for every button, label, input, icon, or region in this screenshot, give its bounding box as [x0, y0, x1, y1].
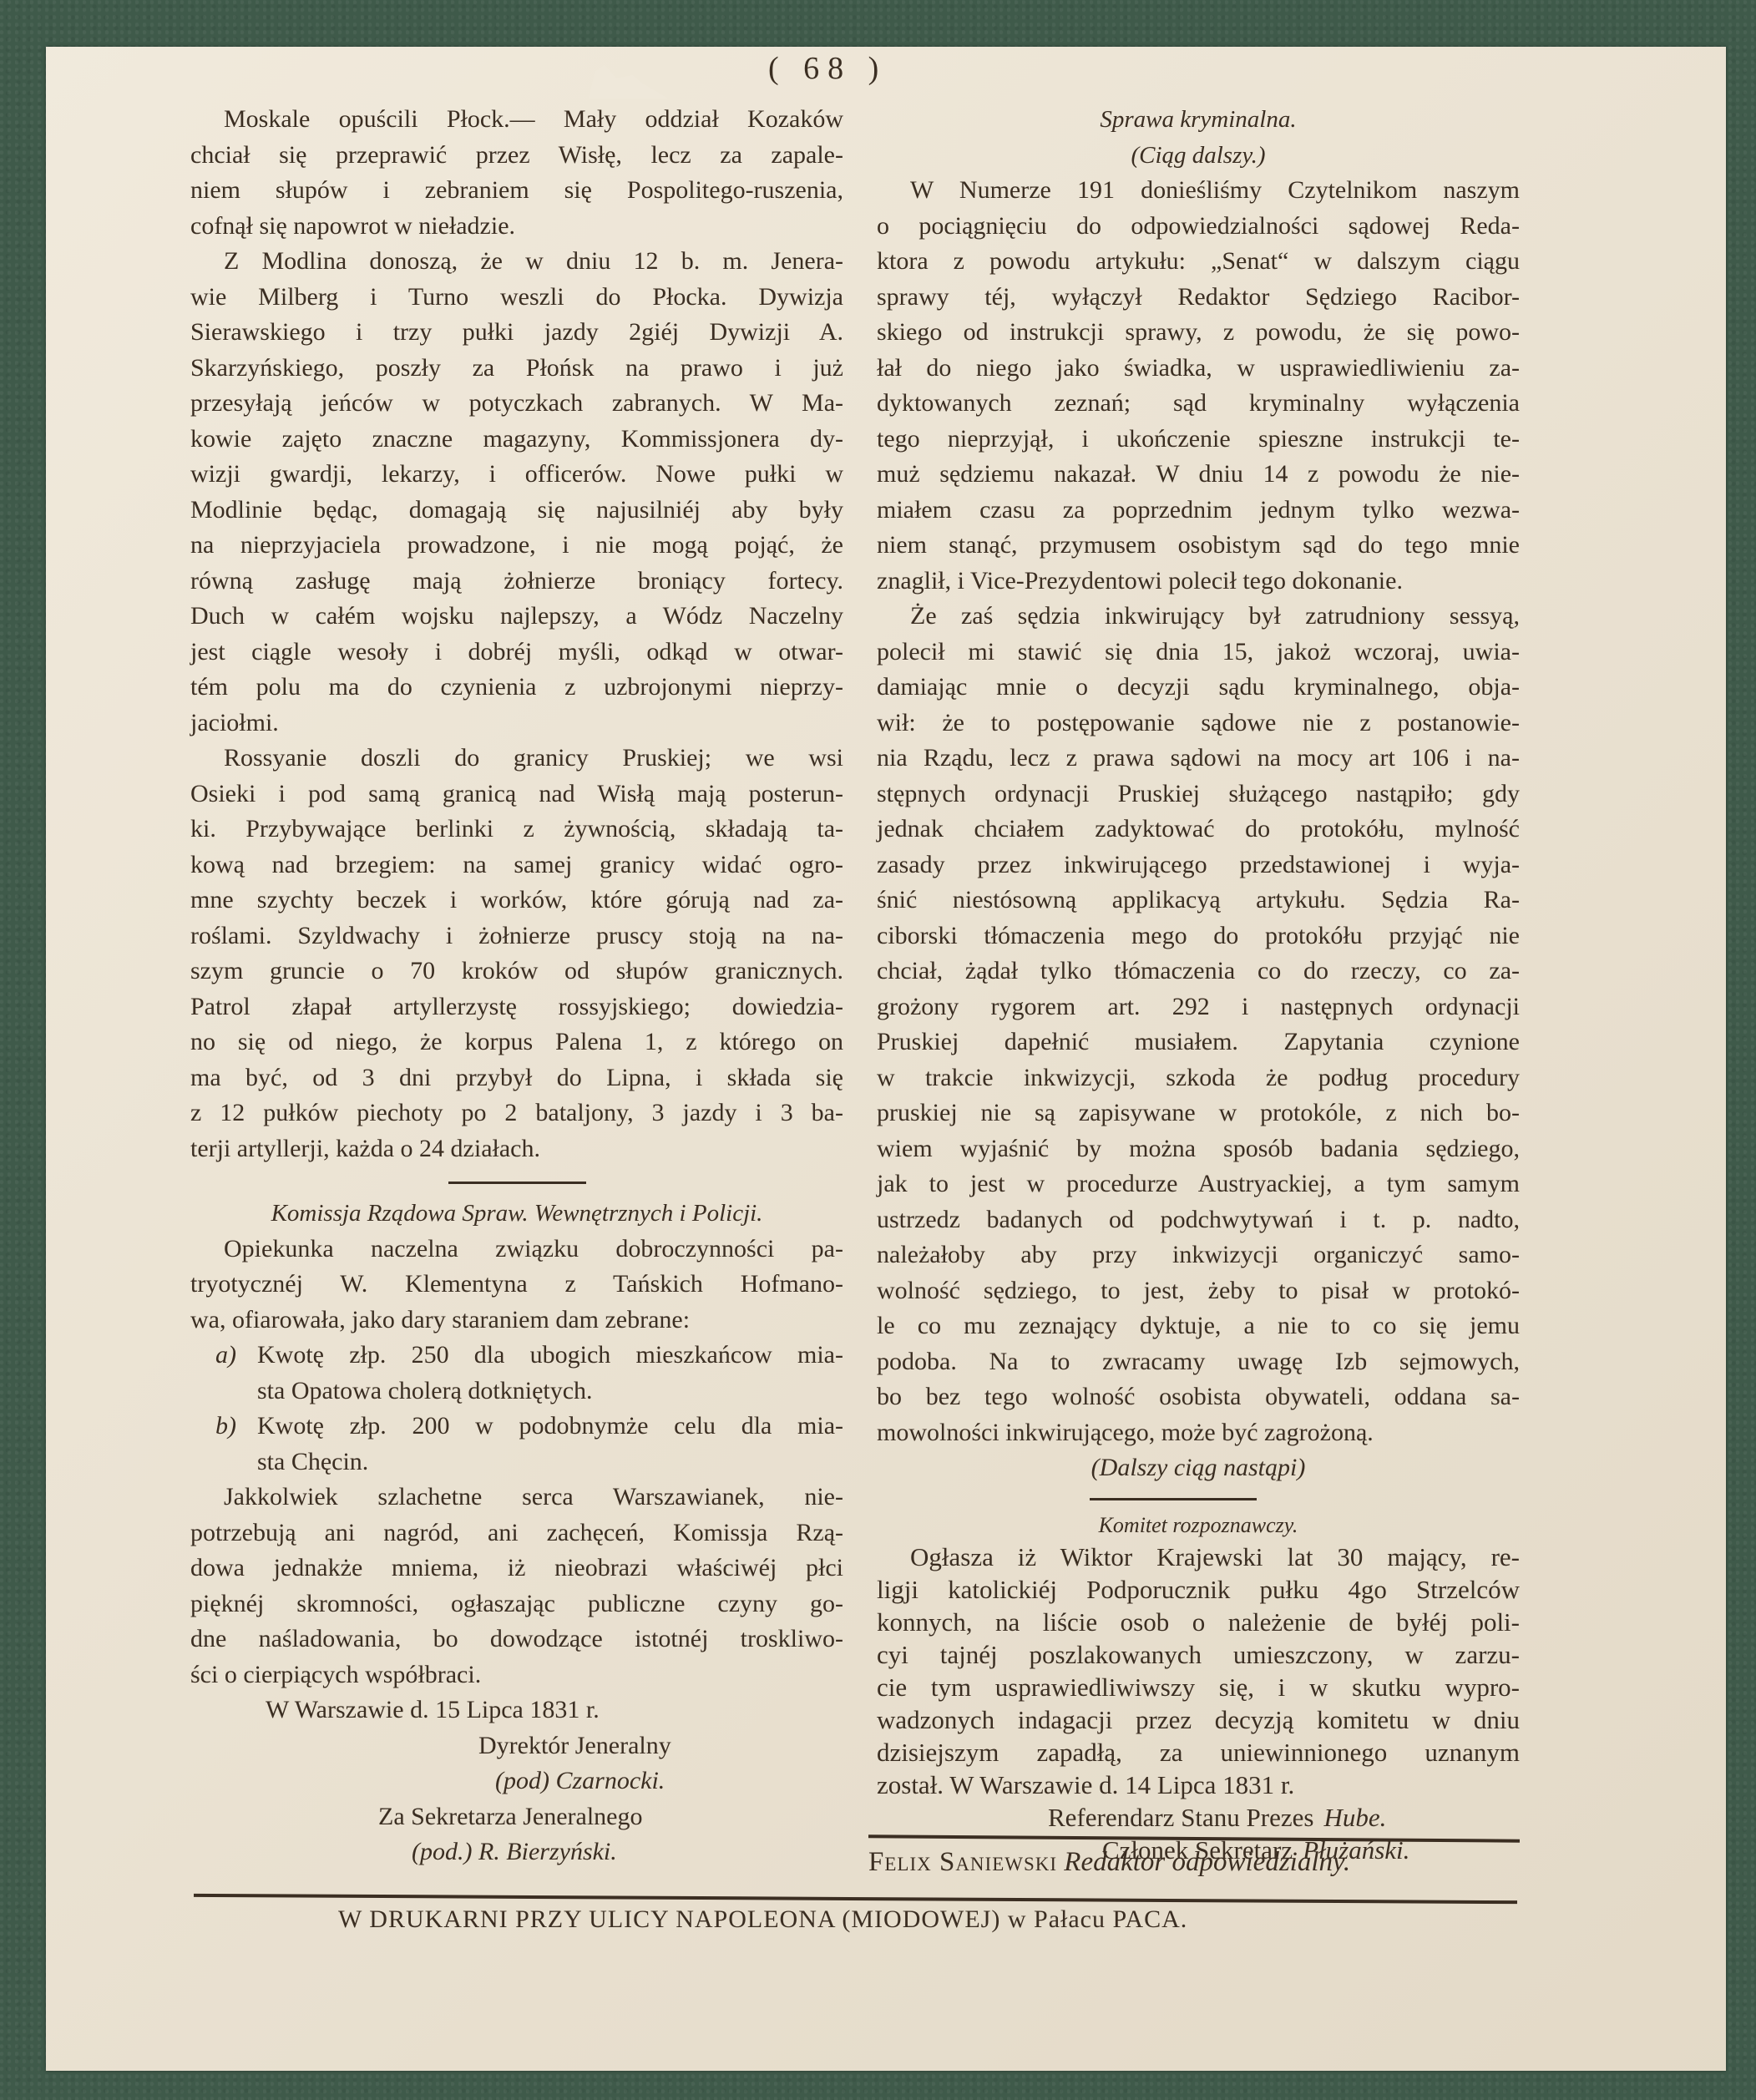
signature-line: (pod.) R. Bierzyński.	[190, 1834, 843, 1870]
paragraph-numerze: W Numerze 191 donieśliśmy Czytelnikom na…	[877, 173, 1520, 599]
text-line: ligji katolickiéj Podporucznik pułku 4go…	[877, 1573, 1520, 1606]
list-marker: a)	[215, 1338, 257, 1374]
text-line: jak to jest w procedurze Austryackiej, a…	[877, 1166, 1520, 1202]
text-line: pruskiej nie są zapisywane w protokóle, …	[877, 1096, 1520, 1131]
text-line: Z Modlina donoszą, że w dniu 12 b. m. Je…	[190, 244, 843, 280]
text-line: Modlinie będąc, domagają się najusilniéj…	[190, 493, 843, 529]
text-line: Rossyanie doszli do granicy Pruskiej; we…	[190, 741, 843, 777]
notice-body: Ogłasza iż Wiktor Krajewski lat 30 mając…	[877, 1541, 1520, 1801]
text-line: wa, ofiarowała, jako dary staraniem dam …	[190, 1303, 843, 1338]
text-line: Patrol złapał artyllerzystę rossyjskiego…	[190, 989, 843, 1025]
text-line: o pociągnięciu do odpowiedzialności sądo…	[877, 209, 1520, 245]
paragraph-opiekunka: Opiekunka naczelna związku dobroczynnośc…	[190, 1232, 843, 1338]
text-line: dyktowanych zeznań; sąd kryminalny wyłąc…	[877, 386, 1520, 422]
text-line: kowie zajęto znaczne magazyny, Kommissjo…	[190, 422, 843, 458]
section-heading: Komissja Rządowa Spraw. Wewnętrznych i P…	[190, 1196, 843, 1232]
article-title: Sprawa kryminalna.	[877, 102, 1520, 138]
text-line: terji artyllerji, każda o 24 działach.	[190, 1131, 843, 1167]
text-line: chciał się przeprawić przez Wisłę, lecz …	[190, 138, 843, 174]
text-line: nia Rządu, lecz z prawa sądowi na mocy a…	[877, 741, 1520, 777]
text-line: tryotycznéj W. Klementyna z Tańskich Hof…	[190, 1267, 843, 1303]
donation-list: a)Kwotę złp. 250 dla ubogich mieszkańcow…	[190, 1338, 843, 1480]
text-line: wiem wyjaśnić by można sposób badania sę…	[877, 1131, 1520, 1167]
text-line: wolność sędziego, to jest, żeby to pisał…	[877, 1273, 1520, 1309]
text-line: Ogłasza iż Wiktor Krajewski lat 30 mając…	[877, 1541, 1520, 1573]
signature-block: Dyrektór Jeneralny(pod) Czarnocki.Za Sek…	[190, 1728, 843, 1870]
text-line: równą zasługę mają żołnierze broniący fo…	[190, 564, 843, 600]
page-number: ( 68 )	[768, 50, 887, 87]
text-line: ciborski tłómaczenia mego do protokółu p…	[877, 918, 1520, 954]
text-line: niem stanąć, przymusem osobistym sąd do …	[877, 528, 1520, 564]
signature-line: Za Sekretarza Jeneralnego	[190, 1799, 843, 1835]
paragraph-moskale: Moskale opuścili Płock.— Mały oddział Ko…	[190, 102, 843, 244]
text-line: wie Milberg i Turno weszli do Płocka. Dy…	[190, 280, 843, 316]
text-line: mowolności inkwirującego, może być zagro…	[877, 1415, 1520, 1451]
signature-line: Dyrektór Jeneralny	[190, 1728, 843, 1764]
torn-paper-tab	[589, 65, 668, 99]
text-line: wizji gwardji, lekarzy, i officerów. Now…	[190, 457, 843, 493]
text-line: ktora z powodu artykułu: „Senat“ w dalsz…	[877, 244, 1520, 280]
text-line: polecił mi stawić się dnia 15, jakoż wcz…	[877, 635, 1520, 670]
text-line: jaciołmi.	[190, 706, 843, 741]
text-line: z 12 pułków piechoty po 2 bataljony, 3 j…	[190, 1096, 843, 1131]
printer-imprint: W DRUKARNI PRZY ULICY NAPOLEONA (MIODOWE…	[338, 1905, 1187, 1934]
text-line: Osieki i pod samą granicą nad Wisłą mają…	[190, 777, 843, 812]
text-line: konnych, na liście osob o należenie de b…	[877, 1606, 1520, 1638]
text-line: muż sędziemu nakazał. W dniu 14 z powodu…	[877, 457, 1520, 493]
text-line: na nieprzyjaciela prowadzone, i nie mogą…	[190, 528, 843, 564]
text-line: dowa jednakże mniema, iż nieobrazi właśc…	[190, 1551, 843, 1586]
text-line: zasady przez inkwirującego przedstawione…	[877, 848, 1520, 883]
text-line: roślami. Szyldwachy i żołnierze pruscy s…	[190, 918, 843, 954]
text-line: wił: że to postępowanie sądowe nie z pos…	[877, 706, 1520, 741]
text-line: Opiekunka naczelna związku dobroczynnośc…	[190, 1232, 843, 1268]
text-line: cyi tajnéj poszlakowanych umieszczony, w…	[877, 1638, 1520, 1671]
text-line: ma być, od 3 dni przybył do Lipna, i skł…	[190, 1060, 843, 1096]
text-line: Pruskiej dapełnić musiałem. Zapytania cz…	[877, 1025, 1520, 1060]
text-line: W Numerze 191 donieśliśmy Czytelnikom na…	[877, 173, 1520, 209]
text-line: dzisiejszym zapadłą, za uniewinnionego u…	[877, 1736, 1520, 1769]
text-line: należałoby aby przy inkwizycji organiczy…	[877, 1237, 1520, 1273]
section-divider	[1090, 1498, 1257, 1500]
text-line: wadzonych indagacji przez decyzją komite…	[877, 1703, 1520, 1736]
text-line: tego nieprzyjął, i ukończenie spieszne i…	[877, 422, 1520, 458]
text-line: cofnął się napowrot w nieładzie.	[190, 209, 843, 245]
paragraph-rossyanie: Rossyanie doszli do granicy Pruskiej; we…	[190, 741, 843, 1166]
signature-name: Hube.	[1323, 1803, 1386, 1832]
signature-line: (pod) Czarnocki.	[190, 1763, 843, 1799]
text-line: le co mu zeznający dyktuje, a nie to co …	[877, 1308, 1520, 1344]
text-line: śnić niestósowną applikacyą artykułu. Sę…	[877, 883, 1520, 918]
text-line: szym gruncie o 70 kroków od słupów grani…	[190, 954, 843, 989]
text-line: jednak chciałem zadyktować do protokółu,…	[877, 812, 1520, 848]
text-line: stępnych ordynacji Pruskiej służącego na…	[877, 777, 1520, 812]
text-line: przesyłają jeńców w potyczkach zabranych…	[190, 386, 843, 422]
text-line: Moskale opuścili Płock.— Mały oddział Ko…	[190, 102, 843, 138]
text-line: sprawy téj, wyłączył Redaktor Sędziego R…	[877, 280, 1520, 316]
text-line: znaglił, i Vice-Prezydentowi polecił teg…	[877, 564, 1520, 600]
text-line: dne naśladowania, bo dowodzące istotnéj …	[190, 1622, 843, 1657]
list-marker: b)	[215, 1409, 257, 1445]
text-line: Jakkolwiek szlachetne serca Warszawianek…	[190, 1480, 843, 1516]
paragraph-modlin: Z Modlina donoszą, że w dniu 12 b. m. Je…	[190, 244, 843, 741]
text-line: kową nad brzegiem: na samej granicy wida…	[190, 848, 843, 883]
list-item-line: a)Kwotę złp. 250 dla ubogich mieszkańcow…	[190, 1338, 843, 1374]
list-text: Kwotę złp. 200 w podobnymże celu dla mia…	[257, 1412, 843, 1440]
list-item-line: sta Opatowa cholerą dotkniętych.	[190, 1374, 843, 1409]
right-column: Sprawa kryminalna. (Ciąg dalszy.) W Nume…	[877, 102, 1520, 1866]
text-line: bo bez tego wolność osobista obywateli, …	[877, 1379, 1520, 1415]
editor-name: Felix Saniewski	[868, 1847, 1057, 1877]
section-divider	[448, 1182, 586, 1184]
text-line: chciał, żądał tylko tłómaczenia co do rz…	[877, 954, 1520, 989]
text-line: jest ciągle wesoły i dobréj myśli, odkąd…	[190, 635, 843, 670]
text-line: potrzebują ani nagród, ani zachęceń, Kom…	[190, 1516, 843, 1551]
text-line: tém polu ma do czynienia z uzbrojonymi n…	[190, 670, 843, 706]
text-line: miałem czasu za poprzednim jednym tylko …	[877, 493, 1520, 529]
notice-heading: Komitet rozpoznawczy.	[877, 1510, 1520, 1541]
text-line: niem słupów i zebraniem się Pospolitego-…	[190, 173, 843, 209]
left-column: Moskale opuścili Płock.— Mały oddział Ko…	[190, 102, 843, 1870]
text-line: mne szychty beczek i worków, które góruj…	[190, 883, 843, 918]
list-item-line: b)Kwotę złp. 200 w podobnymże celu dla m…	[190, 1409, 843, 1445]
text-line: podoba. Na to zwracamy uwagę Izb sejmowy…	[877, 1344, 1520, 1380]
text-line: łał do niego jako świadka, w usprawiedli…	[877, 351, 1520, 387]
text-line: no się od niego, że korpus Palena 1, z k…	[190, 1025, 843, 1060]
text-line: ści o cierpiących współbraci.	[190, 1657, 843, 1693]
paragraph-jakkolwiek: Jakkolwiek szlachetne serca Warszawianek…	[190, 1480, 843, 1693]
text-line: skiego od instrukcji sprawy, z powodu, ż…	[877, 315, 1520, 351]
list-item-line: sta Chęcin.	[190, 1445, 843, 1480]
list-text: Kwotę złp. 250 dla ubogich mieszkańcow m…	[257, 1341, 843, 1369]
text-line: ki. Przybywające berlinki z żywnością, s…	[190, 812, 843, 848]
editor-role: Redaktor odpowiedzialny.	[1064, 1847, 1350, 1877]
text-line: damiając mnie o decyzji sądu kryminalneg…	[877, 670, 1520, 706]
article-subtitle: (Ciąg dalszy.)	[877, 138, 1520, 174]
paragraph-sedzia: Że zaś sędzia inkwirujący był zatrudnion…	[877, 599, 1520, 1450]
text-line: cie tym usprawiedliwiwszy się, i w skutk…	[877, 1671, 1520, 1703]
text-line: Że zaś sędzia inkwirujący był zatrudnion…	[877, 599, 1520, 635]
dateline: W Warszawie d. 15 Lipca 1831 r.	[190, 1693, 843, 1728]
text-line: Sierawskiego i trzy pułki jazdy 2giéj Dy…	[190, 315, 843, 351]
text-line: Skarzyńskiego, poszły za Płońsk na prawo…	[190, 351, 843, 387]
text-line: grożony rygorem art. 292 i następnych or…	[877, 989, 1520, 1025]
signature-title: Referendarz Stanu Prezes	[1048, 1803, 1313, 1832]
text-line: pięknéj skromności, ogłaszając publiczne…	[190, 1586, 843, 1622]
notice-signature: Referendarz Stanu PrezesHube.	[877, 1801, 1520, 1834]
text-line: ustrzedz badanych od podchwytywań i t. p…	[877, 1202, 1520, 1238]
text-line: został. W Warszawie d. 14 Lipca 1831 r.	[877, 1769, 1520, 1801]
continuation-note: (Dalszy ciąg nastąpi)	[877, 1450, 1520, 1486]
editor-credit: Felix Saniewski Redaktor odpowiedzialny.	[868, 1847, 1350, 1878]
text-line: Duch w całém wojsku najlepszy, a Wódz Na…	[190, 599, 843, 635]
text-line: w trakcie inkwizycji, szkoda że podług p…	[877, 1060, 1520, 1096]
